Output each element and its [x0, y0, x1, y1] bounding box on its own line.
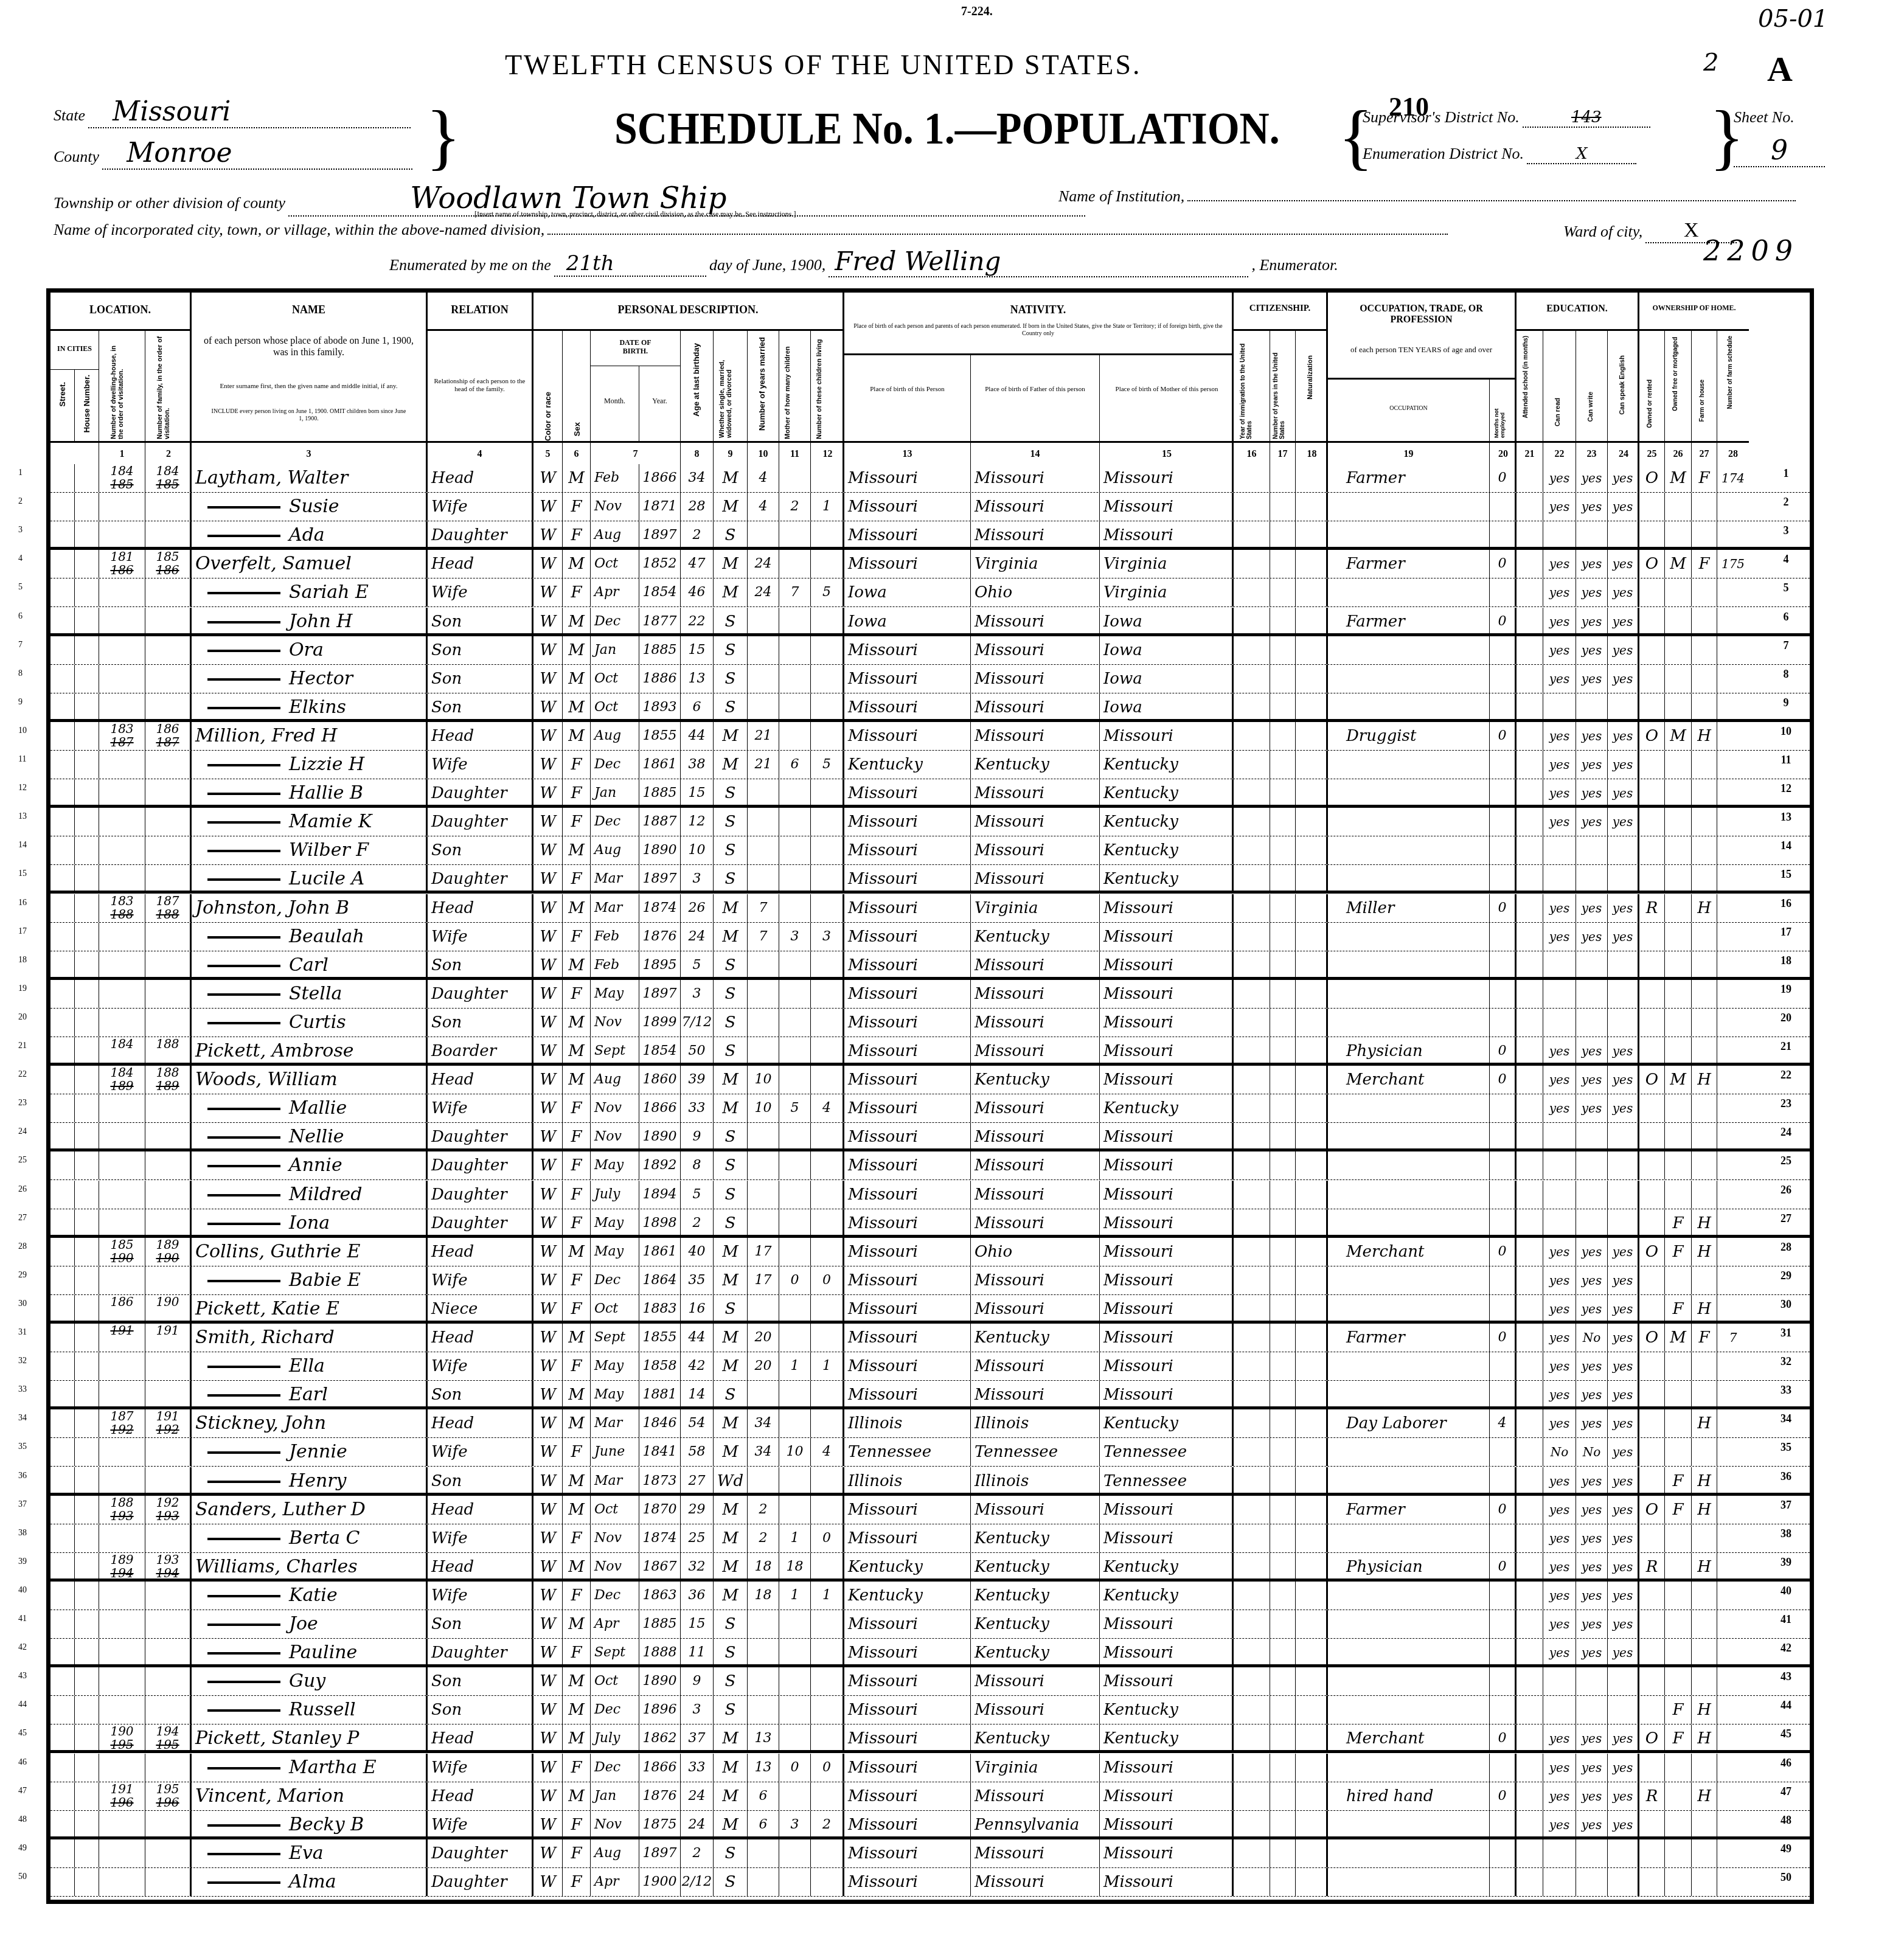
farm-schedule-cell	[1717, 1009, 1749, 1037]
farm-schedule-cell	[1717, 693, 1749, 719]
can-write-cell	[1576, 951, 1608, 977]
farm-schedule-cell	[1717, 1066, 1749, 1094]
can-speak-english-cell: yes	[1608, 722, 1639, 750]
months-unemployed-cell: 0	[1490, 1782, 1517, 1810]
dwelling-number: 184	[99, 464, 145, 478]
line-number-left: 30	[18, 1299, 27, 1309]
farm-house-cell	[1692, 665, 1717, 693]
marital-cell: M	[714, 1582, 748, 1610]
mother-birthplace-cell: Virginia	[1100, 550, 1234, 578]
street-cell	[50, 1610, 75, 1638]
name-cell: Pauline	[192, 1639, 428, 1664]
mother-of-cell	[779, 665, 811, 693]
birthplace-cell: Missouri	[844, 1754, 971, 1782]
farm-schedule-cell	[1717, 923, 1749, 951]
naturalization-cell	[1296, 1094, 1328, 1122]
name-cell: Eva	[192, 1839, 428, 1867]
attended-school-cell	[1517, 923, 1543, 951]
birthplace-cell: Missouri	[844, 1724, 971, 1750]
age-cell: 5	[681, 951, 714, 977]
relation-cell: Son	[428, 636, 533, 664]
mother-of-cell	[779, 636, 811, 664]
owned-rented-cell: R	[1639, 894, 1665, 922]
can-speak-english-cell	[1608, 865, 1639, 891]
birth-year-cell: 1854	[639, 578, 681, 606]
mother-of-cell: 3	[779, 1811, 811, 1836]
years-married-cell	[748, 1610, 779, 1638]
line-number: 17	[1774, 926, 1798, 939]
farm-schedule-cell	[1717, 1582, 1749, 1610]
birth-year-cell: 1888	[639, 1639, 681, 1664]
birth-month-cell: Jan	[591, 636, 639, 664]
dwelling-cell	[99, 1754, 145, 1782]
line-number-left: 46	[18, 1758, 27, 1768]
mother-birthplace-cell: Kentucky	[1100, 836, 1234, 864]
name-cell: Overfelt, Samuel	[192, 550, 428, 578]
years-in-us-cell	[1270, 779, 1296, 805]
enumerated-mid: day of June, 1900,	[709, 256, 825, 274]
family-cell	[145, 1009, 192, 1037]
farm-house-cell	[1692, 808, 1717, 836]
months-unemployed-cell	[1490, 493, 1517, 521]
can-read-cell	[1543, 1209, 1576, 1235]
line-number-left: 48	[18, 1815, 27, 1825]
mother-of-cell	[779, 1381, 811, 1406]
birthplace-cell: Missouri	[844, 980, 971, 1008]
family-cell: 187 188	[145, 894, 192, 922]
mother-birthplace-cell: Kentucky	[1100, 865, 1234, 891]
house-number-cell	[75, 894, 99, 922]
owned-free-cell	[1665, 636, 1692, 664]
farm-schedule-cell	[1717, 1724, 1749, 1750]
owned-free-cell: M	[1665, 550, 1692, 578]
group-location: LOCATION. IN CITIES Street. House Number…	[50, 293, 192, 464]
years-in-us-cell	[1270, 722, 1296, 750]
street-cell	[50, 1181, 75, 1209]
father-birthplace-cell: Kentucky	[971, 751, 1100, 779]
owned-free-cell	[1665, 608, 1692, 633]
line-number-left: 32	[18, 1356, 27, 1366]
sex-cell: M	[563, 1696, 591, 1724]
can-speak-english-cell: yes	[1608, 1266, 1639, 1294]
can-speak-english-cell: yes	[1608, 1066, 1639, 1094]
occupation-cell	[1328, 1667, 1490, 1695]
owned-free-cell: M	[1665, 1066, 1692, 1094]
color-cell: W	[533, 1553, 563, 1579]
years-married-cell: 13	[748, 1754, 779, 1782]
color-cell: W	[533, 1151, 563, 1179]
can-speak-english-cell	[1608, 1868, 1639, 1896]
relation-cell: Wife	[428, 1094, 533, 1122]
relation-cell: Head	[428, 722, 533, 750]
can-read-cell	[1543, 836, 1576, 864]
table-row: Wilber F Son W M Aug 1890 10 S Missouri …	[50, 836, 1810, 865]
street-cell	[50, 578, 75, 606]
months-unemployed-cell: 0	[1490, 1496, 1517, 1524]
color-cell: W	[533, 1782, 563, 1810]
marital-cell: S	[714, 1123, 748, 1148]
sex-cell: M	[563, 1238, 591, 1266]
table-row: 188 193 192 193 Sanders, Luther D Head W…	[50, 1496, 1810, 1524]
color-cell: W	[533, 636, 563, 664]
line-number: 1	[1774, 467, 1798, 480]
can-read-cell: yes	[1543, 751, 1576, 779]
can-read-cell	[1543, 1181, 1576, 1209]
months-unemployed-cell	[1490, 636, 1517, 664]
line-number: 37	[1774, 1499, 1798, 1512]
occupation-cell	[1328, 636, 1490, 664]
dwelling-cell	[99, 980, 145, 1008]
can-speak-english-cell: yes	[1608, 1811, 1639, 1836]
can-speak-english-cell: yes	[1608, 1724, 1639, 1750]
dwelling-cell	[99, 1868, 145, 1896]
farm-house-header: Farm or house	[1692, 329, 1717, 441]
sex-cell: F	[563, 521, 591, 547]
months-unemployed-cell	[1490, 836, 1517, 864]
birthplace-cell: Missouri	[844, 1811, 971, 1836]
marital-cell: S	[714, 980, 748, 1008]
color-cell: W	[533, 550, 563, 578]
farm-schedule-cell	[1717, 1524, 1749, 1552]
farm-house-cell: H	[1692, 722, 1717, 750]
sex-cell: F	[563, 808, 591, 836]
dwelling-number: 187	[99, 1409, 145, 1423]
years-married-cell	[748, 608, 779, 633]
farm-house-cell	[1692, 1037, 1717, 1063]
dwelling-number-old: 187	[99, 735, 145, 749]
color-cell: W	[533, 1238, 563, 1266]
dwelling-cell	[99, 1438, 145, 1466]
dwelling-number: 189	[99, 1553, 145, 1566]
color-cell: W	[533, 1696, 563, 1724]
dwelling-number-old: 190	[99, 1251, 145, 1265]
line-number-left: 29	[18, 1271, 27, 1280]
farm-house-cell: H	[1692, 1066, 1717, 1094]
county-value: Monroe	[102, 137, 412, 170]
township-note: [Insert name of township, town, precinct…	[474, 210, 796, 219]
sex-cell: F	[563, 865, 591, 891]
mother-birthplace-cell: Kentucky	[1100, 1409, 1234, 1437]
street-cell	[50, 1094, 75, 1122]
house-number-cell	[75, 1209, 99, 1235]
name-cell: Berta C	[192, 1524, 428, 1552]
relation-cell: Wife	[428, 1352, 533, 1380]
attended-school-cell	[1517, 1496, 1543, 1524]
line-number-left: 43	[18, 1672, 27, 1681]
owned-rented-header: Owned or rented	[1639, 329, 1665, 441]
owned-rented-cell	[1639, 1754, 1665, 1782]
immigration-year-cell	[1234, 923, 1270, 951]
attended-school-cell	[1517, 1782, 1543, 1810]
dwelling-cell	[99, 1209, 145, 1235]
ditto-mark	[207, 1881, 280, 1884]
can-read-cell: yes	[1543, 1553, 1576, 1579]
marital-cell: M	[714, 1553, 748, 1579]
naturalization-cell	[1296, 665, 1328, 693]
relation-cell: Head	[428, 1724, 533, 1750]
months-unemployed-cell	[1490, 980, 1517, 1008]
months-unemployed-cell	[1490, 865, 1517, 891]
marital-cell: M	[714, 578, 748, 606]
sex-cell: F	[563, 1438, 591, 1466]
dwelling-number-old: 193	[99, 1509, 145, 1523]
farm-house-cell	[1692, 836, 1717, 864]
attended-school-cell	[1517, 1582, 1543, 1610]
color-cell: W	[533, 894, 563, 922]
line-number: 7	[1774, 639, 1798, 652]
mother-of-cell	[779, 693, 811, 719]
mother-birthplace-cell: Missouri	[1100, 1381, 1234, 1406]
years-married-cell	[748, 836, 779, 864]
owned-free-cell	[1665, 1839, 1692, 1867]
relation-cell: Daughter	[428, 1868, 533, 1896]
can-write-cell: yes	[1576, 1724, 1608, 1750]
years-married-cell: 2	[748, 1524, 779, 1552]
line-number: 38	[1774, 1527, 1798, 1540]
ditto-mark	[207, 1366, 280, 1368]
name-cell: John H	[192, 608, 428, 633]
farm-schedule-cell	[1717, 1696, 1749, 1724]
group-education: EDUCATION. Attended school (in months) C…	[1517, 293, 1639, 464]
years-in-us-cell	[1270, 751, 1296, 779]
sex-cell: F	[563, 1151, 591, 1179]
person-name: Curtis	[289, 1012, 346, 1033]
naturalization-cell	[1296, 1696, 1328, 1724]
line-number-left: 2	[18, 497, 23, 507]
family-cell: 185 186	[145, 550, 192, 578]
person-name: Ada	[289, 524, 325, 546]
birthplace-cell: Missouri	[844, 1782, 971, 1810]
group-nativity: NATIVITY. Place of birth of each person …	[844, 293, 1234, 464]
marital-cell: S	[714, 1696, 748, 1724]
immigration-year-cell	[1234, 894, 1270, 922]
birthplace-cell: Kentucky	[844, 751, 971, 779]
street-cell	[50, 894, 75, 922]
owned-rented-cell: O	[1639, 1496, 1665, 1524]
ditto-mark	[207, 1451, 280, 1454]
immigration-year-cell	[1234, 951, 1270, 977]
years-married-cell	[748, 1295, 779, 1321]
family-cell	[145, 1209, 192, 1235]
can-speak-english-cell: yes	[1608, 665, 1639, 693]
birth-month-cell: June	[591, 1438, 639, 1466]
family-number: 191	[145, 1324, 190, 1337]
attended-school-cell	[1517, 1639, 1543, 1664]
line-number: 50	[1774, 1871, 1798, 1884]
children-living-cell	[811, 1409, 844, 1437]
family-cell	[145, 578, 192, 606]
can-read-cell: yes	[1543, 1381, 1576, 1406]
birth-month-cell: Sept	[591, 1324, 639, 1352]
family-number: 192	[145, 1496, 190, 1509]
dwelling-number: 186	[99, 1295, 145, 1308]
can-write-cell: yes	[1576, 808, 1608, 836]
street-cell	[50, 608, 75, 633]
family-number: 194	[145, 1724, 190, 1738]
birthplace-cell: Missouri	[844, 1496, 971, 1524]
years-married-cell: 24	[748, 550, 779, 578]
sex-cell: F	[563, 1295, 591, 1321]
naturalization-cell	[1296, 865, 1328, 891]
line-number: 23	[1774, 1097, 1798, 1110]
mother-of-cell: 1	[779, 1524, 811, 1552]
years-in-us-cell	[1270, 1094, 1296, 1122]
owned-rented-cell	[1639, 865, 1665, 891]
can-speak-english-cell: yes	[1608, 1295, 1639, 1321]
owned-rented-cell: O	[1639, 1724, 1665, 1750]
dwelling-number-old: 188	[99, 908, 145, 921]
farm-schedule-cell	[1717, 1295, 1749, 1321]
attended-school-cell	[1517, 1266, 1543, 1294]
children-living-cell	[811, 1066, 844, 1094]
owned-free-cell	[1665, 665, 1692, 693]
line-number: 2	[1774, 496, 1798, 509]
birth-month-cell: Oct	[591, 550, 639, 578]
ditto-mark	[207, 1709, 280, 1712]
street-cell	[50, 1467, 75, 1493]
months-unemployed-cell	[1490, 1667, 1517, 1695]
table-row: Martha E Wife W F Dec 1866 33 M 13 0 0 M…	[50, 1754, 1810, 1782]
color-cell: W	[533, 1209, 563, 1235]
house-number-cell	[75, 493, 99, 521]
can-write-cell	[1576, 693, 1608, 719]
marital-cell: M	[714, 1496, 748, 1524]
can-speak-english-cell: yes	[1608, 1754, 1639, 1782]
can-write-cell: yes	[1576, 1496, 1608, 1524]
birthplace-cell: Kentucky	[844, 1553, 971, 1579]
person-name: Pauline	[289, 1642, 357, 1663]
can-read-cell: yes	[1543, 1352, 1576, 1380]
owned-free-cell: F	[1665, 1238, 1692, 1266]
birth-month-cell: Dec	[591, 751, 639, 779]
age-cell: 10	[681, 836, 714, 864]
group-location-title: LOCATION.	[50, 304, 190, 316]
mother-of-cell	[779, 1696, 811, 1724]
farm-schedule-cell	[1717, 1438, 1749, 1466]
mother-of-header: Mother of how many children	[779, 329, 811, 441]
age-cell: 34	[681, 464, 714, 492]
owned-rented-cell	[1639, 836, 1665, 864]
marital-cell: M	[714, 464, 748, 492]
family-number-old: 196	[145, 1796, 190, 1809]
farm-house-cell	[1692, 1610, 1717, 1638]
relation-cell: Son	[428, 1009, 533, 1037]
immigration-year-cell	[1234, 1553, 1270, 1579]
person-name: Elkins	[289, 696, 346, 718]
person-name: Mamie K	[289, 811, 372, 832]
birthplace-cell: Missouri	[844, 779, 971, 805]
father-birthplace-cell: Virginia	[971, 894, 1100, 922]
attended-school-cell	[1517, 980, 1543, 1008]
birthplace-cell: Missouri	[844, 836, 971, 864]
father-birthplace-cell: Missouri	[971, 464, 1100, 492]
name-cell: Elkins	[192, 693, 428, 719]
owned-free-cell	[1665, 1811, 1692, 1836]
line-number-left: 10	[18, 726, 27, 736]
mother-of-cell: 7	[779, 578, 811, 606]
birth-mother-header: Place of birth of Mother of this person	[1100, 353, 1234, 441]
mother-birthplace-cell: Missouri	[1100, 1123, 1234, 1148]
farm-house-cell	[1692, 1151, 1717, 1179]
dwelling-cell: 188 193	[99, 1496, 145, 1524]
color-cell: W	[533, 1811, 563, 1836]
birth-month-cell: Aug	[591, 521, 639, 547]
children-living-cell	[811, 1782, 844, 1810]
sex-cell: F	[563, 1839, 591, 1867]
person-name: Overfelt, Samuel	[195, 553, 352, 574]
occupation-cell	[1328, 980, 1490, 1008]
naturalization-cell	[1296, 1009, 1328, 1037]
table-row: Pauline Daughter W F Sept 1888 11 S Miss…	[50, 1639, 1810, 1667]
ditto-mark	[207, 1022, 280, 1024]
immigration-year-cell	[1234, 1352, 1270, 1380]
table-row: Beaulah Wife W F Feb 1876 24 M 7 3 3 Mis…	[50, 923, 1810, 951]
line-number: 26	[1774, 1184, 1798, 1196]
immigration-year-cell	[1234, 1782, 1270, 1810]
house-number-cell	[75, 1066, 99, 1094]
color-cell: W	[533, 1037, 563, 1063]
dob-header: DATE OF BIRTH.	[591, 329, 681, 366]
can-read-cell: yes	[1543, 1238, 1576, 1266]
owned-rented-cell	[1639, 1295, 1665, 1321]
age-cell: 22	[681, 608, 714, 633]
sex-cell: F	[563, 779, 591, 805]
attended-school-cell	[1517, 464, 1543, 492]
relation-cell: Head	[428, 1324, 533, 1352]
occupation-cell: Merchant	[1328, 1238, 1490, 1266]
line-number-left: 9	[18, 698, 23, 707]
table-row: Susie Wife W F Nov 1871 28 M 4 2 1 Misso…	[50, 493, 1810, 521]
birthplace-cell: Missouri	[844, 1381, 971, 1406]
months-unemployed-cell	[1490, 1352, 1517, 1380]
months-unemployed-cell	[1490, 693, 1517, 719]
mother-of-cell	[779, 951, 811, 977]
dwelling-cell	[99, 1639, 145, 1664]
immigration-year-cell	[1234, 1496, 1270, 1524]
family-number: 188	[145, 1037, 190, 1051]
father-birthplace-cell: Missouri	[971, 1352, 1100, 1380]
birth-month-cell: Oct	[591, 665, 639, 693]
occupation-cell	[1328, 521, 1490, 547]
line-number: 44	[1774, 1699, 1798, 1712]
farm-house-cell	[1692, 608, 1717, 633]
marital-header: Whether single, married, widowed, or div…	[714, 329, 748, 441]
can-write-cell	[1576, 1123, 1608, 1148]
can-write-cell: yes	[1576, 665, 1608, 693]
dwelling-cell	[99, 1524, 145, 1552]
birth-month-cell: Feb	[591, 464, 639, 492]
years-married-cell: 4	[748, 464, 779, 492]
table-row: Mildred Daughter W F July 1894 5 S Misso…	[50, 1181, 1810, 1209]
birth-month-cell: May	[591, 1238, 639, 1266]
immigration-year-cell	[1234, 1066, 1270, 1094]
months-unemployed-cell	[1490, 665, 1517, 693]
owned-free-cell	[1665, 1151, 1692, 1179]
age-cell: 13	[681, 665, 714, 693]
person-name: Beaulah	[289, 926, 364, 947]
marital-cell: S	[714, 1037, 748, 1063]
color-cell: W	[533, 665, 563, 693]
years-married-cell: 13	[748, 1724, 779, 1750]
can-speak-english-cell: yes	[1608, 608, 1639, 633]
brace-left: }	[426, 100, 461, 173]
father-birthplace-cell: Tennessee	[971, 1438, 1100, 1466]
farm-house-cell	[1692, 693, 1717, 719]
name-cell: Carl	[192, 951, 428, 977]
street-cell	[50, 1324, 75, 1352]
years-married-cell: 18	[748, 1582, 779, 1610]
dwelling-cell: 185 190	[99, 1238, 145, 1266]
